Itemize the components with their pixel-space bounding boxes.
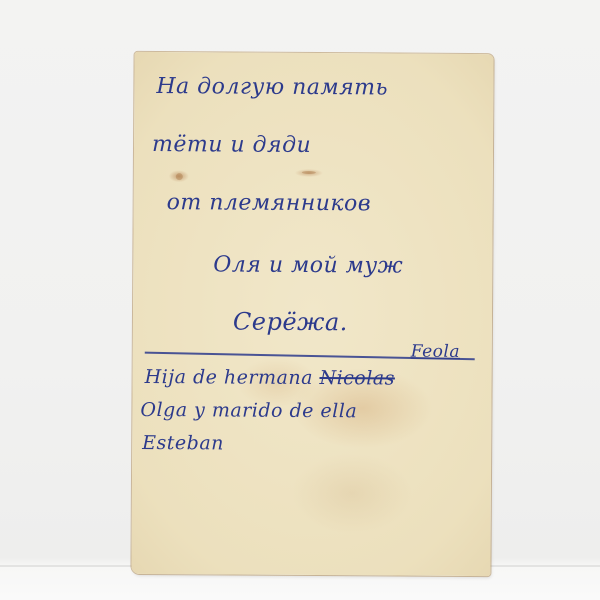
russian-line-2: тёти и дяди: [152, 132, 311, 158]
spanish-line-2: Olga y marido de ella: [140, 399, 357, 422]
russian-line-5: Серёжа.: [233, 308, 348, 337]
struck-word: Nicolas: [319, 367, 395, 389]
stain-spot: [176, 173, 183, 180]
spanish-line-1: Hija de hermana Nicolas: [145, 366, 395, 390]
photo-card-back: На долгую память тёти и дяди от племянни…: [131, 52, 493, 576]
russian-line-1: На долгую память: [156, 74, 388, 100]
stain-spot: [302, 171, 316, 174]
russian-line-3: от племянников: [167, 190, 372, 216]
russian-line-4: Оля и мой муж: [213, 252, 403, 278]
spanish-line-3: Esteban: [142, 432, 224, 454]
spanish-line-1-prefix: Hija de hermana: [145, 366, 320, 389]
correction-word: Feola: [411, 342, 460, 362]
